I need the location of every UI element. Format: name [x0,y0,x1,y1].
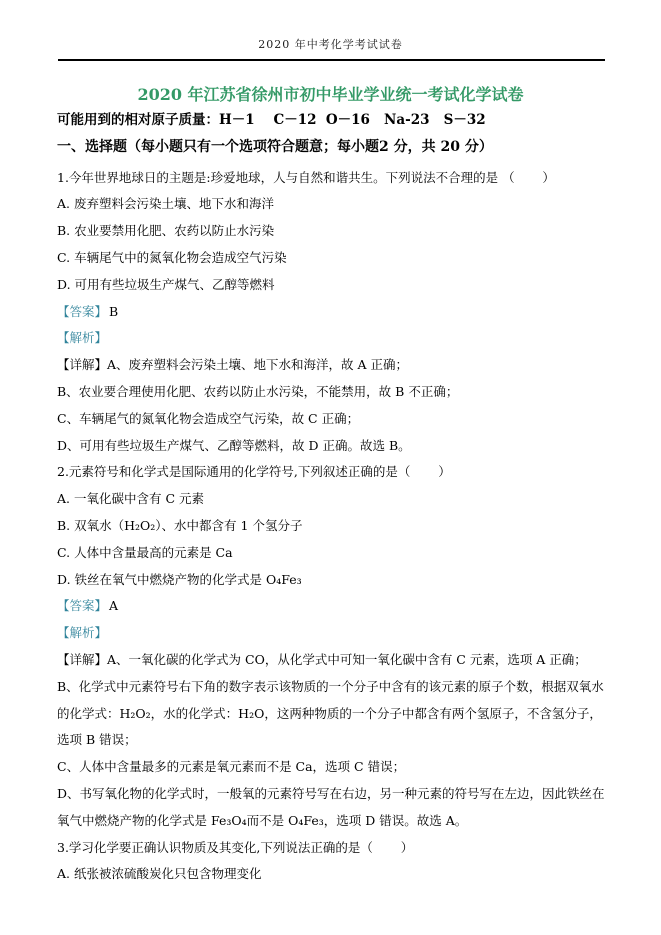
answer-value: A [107,598,118,613]
detail-paragraph: C、人体中含量最多的元素是氧元素而不是 Ca，选项 C 错误； [57,754,605,781]
question-option-a: A. 一氧化碳中含有 C 元素 [57,486,605,513]
document-body: 可能用到的相对原子质量：H－1 C－12 O－16 Na-23 S－32 一、选… [57,107,605,888]
exam-document-page: 2020 年中考化学考试试卷 2020 年江苏省徐州市初中毕业学业统一考试化学试… [0,0,661,935]
question-option-d: D. 可用有些垃圾生产煤气、乙醇等燃料 [57,272,605,299]
question-stem: 1.今年世界地球日的主题是:珍爱地球，人与自然和谐共生。下列说法不合理的是 （ … [57,165,605,192]
analysis-line: 【解析】 [57,325,605,352]
detail-paragraph: B、化学式中元素符号右下角的数字表示该物质的一个分子中含有的该元素的原子个数，根… [57,674,605,754]
answer-label: 【答案】 [57,304,107,319]
question-option-d: D. 铁丝在氧气中燃烧产物的化学式是 O₄Fe₃ [57,567,605,594]
page-header: 2020 年中考化学考试试卷 [0,36,661,52]
detail-paragraph: C、车辆尾气的氮氧化物会造成空气污染，故 C 正确； [57,406,605,433]
header-rule [58,59,605,61]
question-option-a: A. 废弃塑料会污染土壤、地下水和海洋 [57,191,605,218]
question-stem: 2.元素符号和化学式是国际通用的化学符号,下列叙述正确的是（ ） [57,459,605,486]
analysis-label: 【解析】 [57,330,107,345]
question-option-a: A. 纸张被浓硫酸炭化只包含物理变化 [57,861,605,888]
answer-value: B [107,304,118,319]
detail-paragraph: 【详解】A、废弃塑料会污染土壤、地下水和海洋，故 A 正确； [57,352,605,379]
question-2: 2.元素符号和化学式是国际通用的化学符号,下列叙述正确的是（ ） A. 一氧化碳… [57,459,605,834]
question-option-b: B. 双氧水（H₂O₂）、水中都含有 1 个氢分子 [57,513,605,540]
document-title: 2020 年江苏省徐州市初中毕业学业统一考试化学试卷 [0,82,661,105]
analysis-label: 【解析】 [57,625,107,640]
detail-paragraph: 【详解】A、一氧化碳的化学式为 CO，从化学式中可知一氧化碳中含有 C 元素，选… [57,647,605,674]
question-option-b: B. 农业要禁用化肥、农药以防止水污染 [57,218,605,245]
detail-paragraph: D、可用有些垃圾生产煤气、乙醇等燃料，故 D 正确。故选 B。 [57,433,605,460]
question-option-c: C. 人体中含量最高的元素是 Ca [57,540,605,567]
detail-paragraph: D、书写氧化物的化学式时，一般氧的元素符号写在右边，另一种元素的符号写在左边，因… [57,781,605,835]
analysis-line: 【解析】 [57,620,605,647]
page-header-text: 2020 年中考化学考试试卷 [258,38,403,51]
atomic-mass-line: 可能用到的相对原子质量：H－1 C－12 O－16 Na-23 S－32 [57,107,605,134]
section-heading: 一、选择题（每小题只有一个选项符合题意；每小题2 分，共 20 分） [57,134,605,161]
question-stem: 3.学习化学要正确认识物质及其变化,下列说法正确的是（ ） [57,835,605,862]
answer-line: 【答案】A [57,593,605,620]
detail-paragraph: B、农业要合理使用化肥、农药以防止水污染，不能禁用，故 B 不正确； [57,379,605,406]
question-1: 1.今年世界地球日的主题是:珍爱地球，人与自然和谐共生。下列说法不合理的是 （ … [57,165,605,460]
question-3: 3.学习化学要正确认识物质及其变化,下列说法正确的是（ ） A. 纸张被浓硫酸炭… [57,835,605,889]
answer-line: 【答案】B [57,299,605,326]
question-option-c: C. 车辆尾气中的氮氧化物会造成空气污染 [57,245,605,272]
answer-label: 【答案】 [57,598,107,613]
